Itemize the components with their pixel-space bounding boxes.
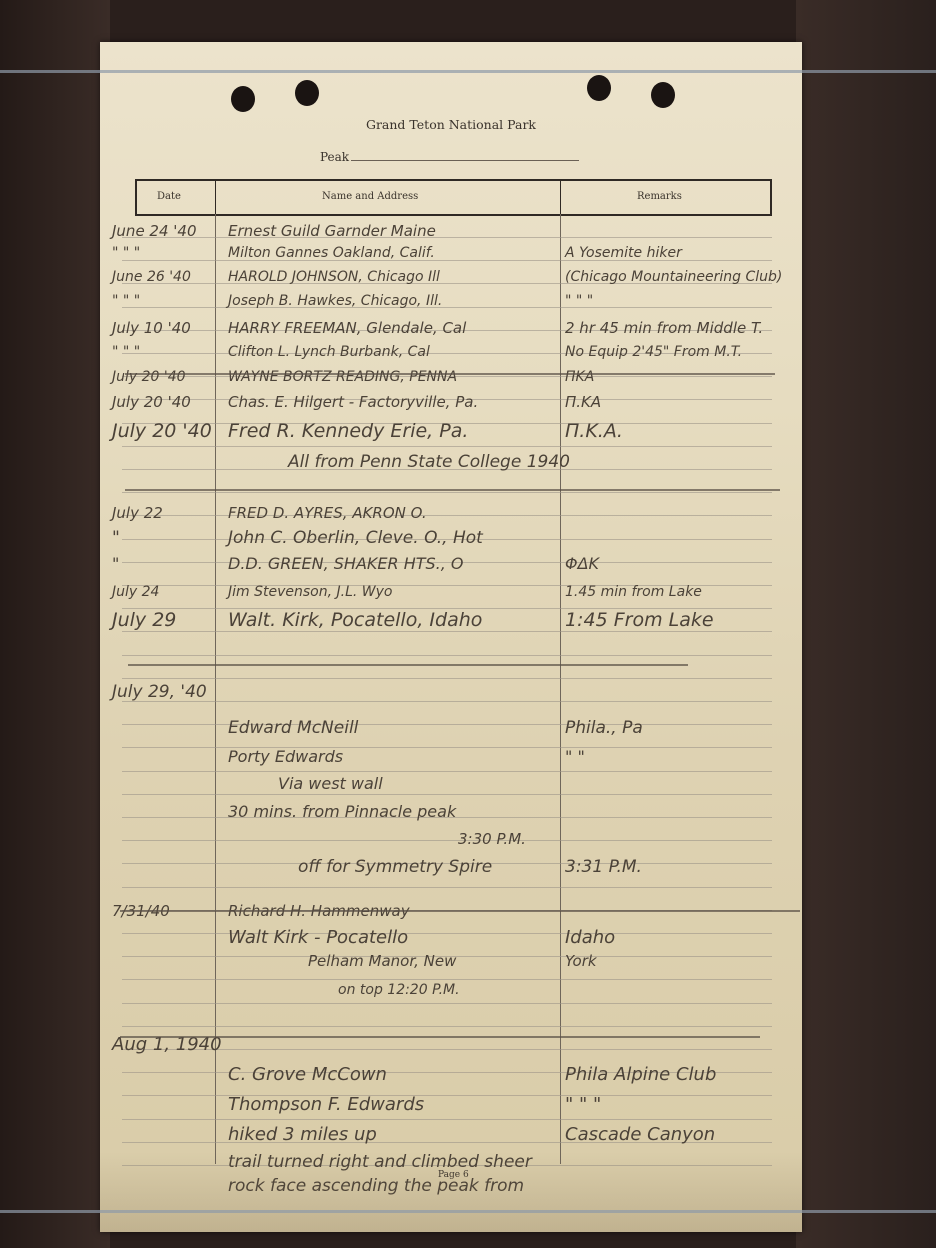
entry-name-address: 3:30 P.M. xyxy=(458,830,526,848)
entry-name-address: Jim Stevenson, J.L. Wyo xyxy=(228,584,392,600)
entry-name-address: FRED D. AYRES, AKRON O. xyxy=(228,504,427,522)
entry-remarks: Phila., Pa xyxy=(565,718,643,738)
display-wire xyxy=(0,1210,936,1213)
column-name-address: Name and Address xyxy=(322,191,418,202)
entry-separator xyxy=(120,1036,760,1038)
entry-separator xyxy=(125,373,775,375)
entry-name-address: Clifton L. Lynch Burbank, Cal xyxy=(228,344,430,360)
ruled-line xyxy=(122,771,772,772)
entry-date: July 20 '40 xyxy=(112,420,212,442)
entry-remarks: Phila Alpine Club xyxy=(565,1064,716,1085)
ruled-line xyxy=(122,515,772,516)
entry-remarks: Π.ΚΑ xyxy=(565,393,601,411)
header-divider xyxy=(560,181,561,214)
register-sheet: Grand Teton National Park Peak Date Name… xyxy=(100,42,802,1232)
entry-name-address: HARRY FREEMAN, Glendale, Cal xyxy=(228,319,466,337)
ruled-line xyxy=(122,1003,772,1004)
entry-date: " " " xyxy=(112,344,140,360)
ruled-line xyxy=(122,701,772,702)
entry-name-address: C. Grove McCown xyxy=(228,1064,387,1085)
entry-name-address: Edward McNeill xyxy=(228,718,358,738)
entry-remarks: Π.Κ.Α. xyxy=(565,420,623,442)
entry-remarks: Idaho xyxy=(565,927,615,948)
entry-name-address: Chas. E. Hilgert - Factoryville, Pa. xyxy=(228,393,478,411)
display-wire xyxy=(0,70,936,73)
peak-field: Peak xyxy=(320,150,579,164)
date-column-line xyxy=(215,214,216,1164)
background-left xyxy=(0,0,110,1248)
ruled-line xyxy=(122,446,772,447)
ruled-line xyxy=(122,840,772,841)
entry-remarks: 1.45 min from Lake xyxy=(565,584,702,600)
entry-date: July 20 '40 xyxy=(112,369,186,385)
entry-remarks: Cascade Canyon xyxy=(565,1124,715,1145)
punch-hole xyxy=(295,80,319,106)
entry-remarks: A Yosemite hiker xyxy=(565,245,682,261)
entry-remarks: (Chicago Mountaineering Club) xyxy=(565,269,782,285)
entry-name-address: off for Symmetry Spire xyxy=(298,857,492,877)
ruled-line xyxy=(122,1119,772,1120)
entry-remarks: ΠΚΑ xyxy=(565,369,594,385)
entry-name-address: on top 12:20 P.M. xyxy=(338,982,460,998)
background-right xyxy=(796,0,936,1248)
entry-remarks: ΦΔΚ xyxy=(565,554,599,573)
entry-name-address: Thompson F. Edwards xyxy=(228,1094,424,1115)
ruled-line xyxy=(122,979,772,980)
entry-separator xyxy=(120,910,800,912)
entry-date: July 22 xyxy=(112,504,163,522)
entry-date: " " " xyxy=(112,293,140,309)
ruled-line xyxy=(122,1165,772,1166)
entry-name-address: Milton Gannes Oakland, Calif. xyxy=(228,245,435,261)
entry-date: July 29 xyxy=(112,609,176,631)
ruled-line xyxy=(122,724,772,725)
entry-remarks: 1:45 From Lake xyxy=(565,609,714,631)
form-title: Grand Teton National Park xyxy=(100,117,802,132)
entry-remarks: 3:31 P.M. xyxy=(565,857,642,877)
entry-remarks: York xyxy=(565,952,597,970)
entry-date: " " " xyxy=(112,245,140,261)
entry-remarks: No Equip 2'45" From M.T. xyxy=(565,344,742,360)
column-remarks: Remarks xyxy=(637,191,682,202)
ruled-line xyxy=(122,237,772,238)
entry-date: July 29, '40 xyxy=(112,682,207,702)
entry-name-address: John C. Oberlin, Cleve. O., Hot xyxy=(228,528,483,548)
entry-name-address: Fred R. Kennedy Erie, Pa. xyxy=(228,420,468,442)
entry-name-address: rock face ascending the peak from xyxy=(228,1176,524,1196)
entry-date: July 10 '40 xyxy=(112,319,191,337)
entry-date: " xyxy=(112,528,120,548)
punch-hole xyxy=(587,75,611,101)
entry-remarks: " " " xyxy=(565,293,593,309)
remarks-column-line xyxy=(560,214,561,1164)
entry-name-address: Pelham Manor, New xyxy=(308,952,456,970)
ruled-line xyxy=(122,492,772,493)
entry-date: July 20 '40 xyxy=(112,393,191,411)
punch-hole xyxy=(231,86,255,112)
peak-blank-line xyxy=(351,160,579,161)
ruled-line xyxy=(122,747,772,748)
entry-name-address: hiked 3 miles up xyxy=(228,1124,377,1145)
ruled-line xyxy=(122,794,772,795)
peak-label: Peak xyxy=(320,150,349,164)
page-number: Page 6 xyxy=(438,1170,469,1180)
entry-name-address: HAROLD JOHNSON, Chicago Ill xyxy=(228,269,440,285)
entry-separator xyxy=(128,664,688,666)
entry-separator xyxy=(125,489,780,491)
entry-name-address: Joseph B. Hawkes, Chicago, Ill. xyxy=(228,293,442,309)
ruled-line xyxy=(122,1095,772,1096)
column-header: Date Name and Address Remarks xyxy=(135,179,772,216)
header-divider xyxy=(215,181,216,214)
entry-remarks: " " " xyxy=(565,1094,601,1115)
ruled-line xyxy=(122,631,772,632)
entry-name-address: Ernest Guild Garnder Maine xyxy=(228,222,436,240)
entry-name-address: All from Penn State College 1940 xyxy=(288,452,570,472)
entry-remarks: " " xyxy=(565,747,585,766)
entry-name-address: Via west wall xyxy=(278,774,383,793)
punch-hole xyxy=(651,82,675,108)
ruled-line xyxy=(122,678,772,679)
entry-name-address: D.D. GREEN, SHAKER HTS., O xyxy=(228,554,464,573)
entry-name-address: 30 mins. from Pinnacle peak xyxy=(228,802,456,821)
entry-date: July 24 xyxy=(112,584,159,600)
ruled-line xyxy=(122,933,772,934)
entry-date: June 24 '40 xyxy=(112,222,197,240)
ruled-line xyxy=(122,887,772,888)
entry-name-address: WAYNE BORTZ READING, PENNA xyxy=(228,369,457,385)
ruled-line xyxy=(122,655,772,656)
entry-name-address: Walt Kirk - Pocatello xyxy=(228,927,408,948)
column-date: Date xyxy=(157,191,181,202)
entry-date: June 26 '40 xyxy=(112,269,191,285)
ruled-line xyxy=(122,1026,772,1027)
ruled-line xyxy=(122,307,772,308)
entry-remarks: 2 hr 45 min from Middle T. xyxy=(565,319,763,337)
entry-name-address: Porty Edwards xyxy=(228,747,343,766)
entry-date: " xyxy=(112,554,119,573)
entry-name-address: trail turned right and climbed sheer xyxy=(228,1152,532,1172)
entry-name-address: Walt. Kirk, Pocatello, Idaho xyxy=(228,609,482,631)
